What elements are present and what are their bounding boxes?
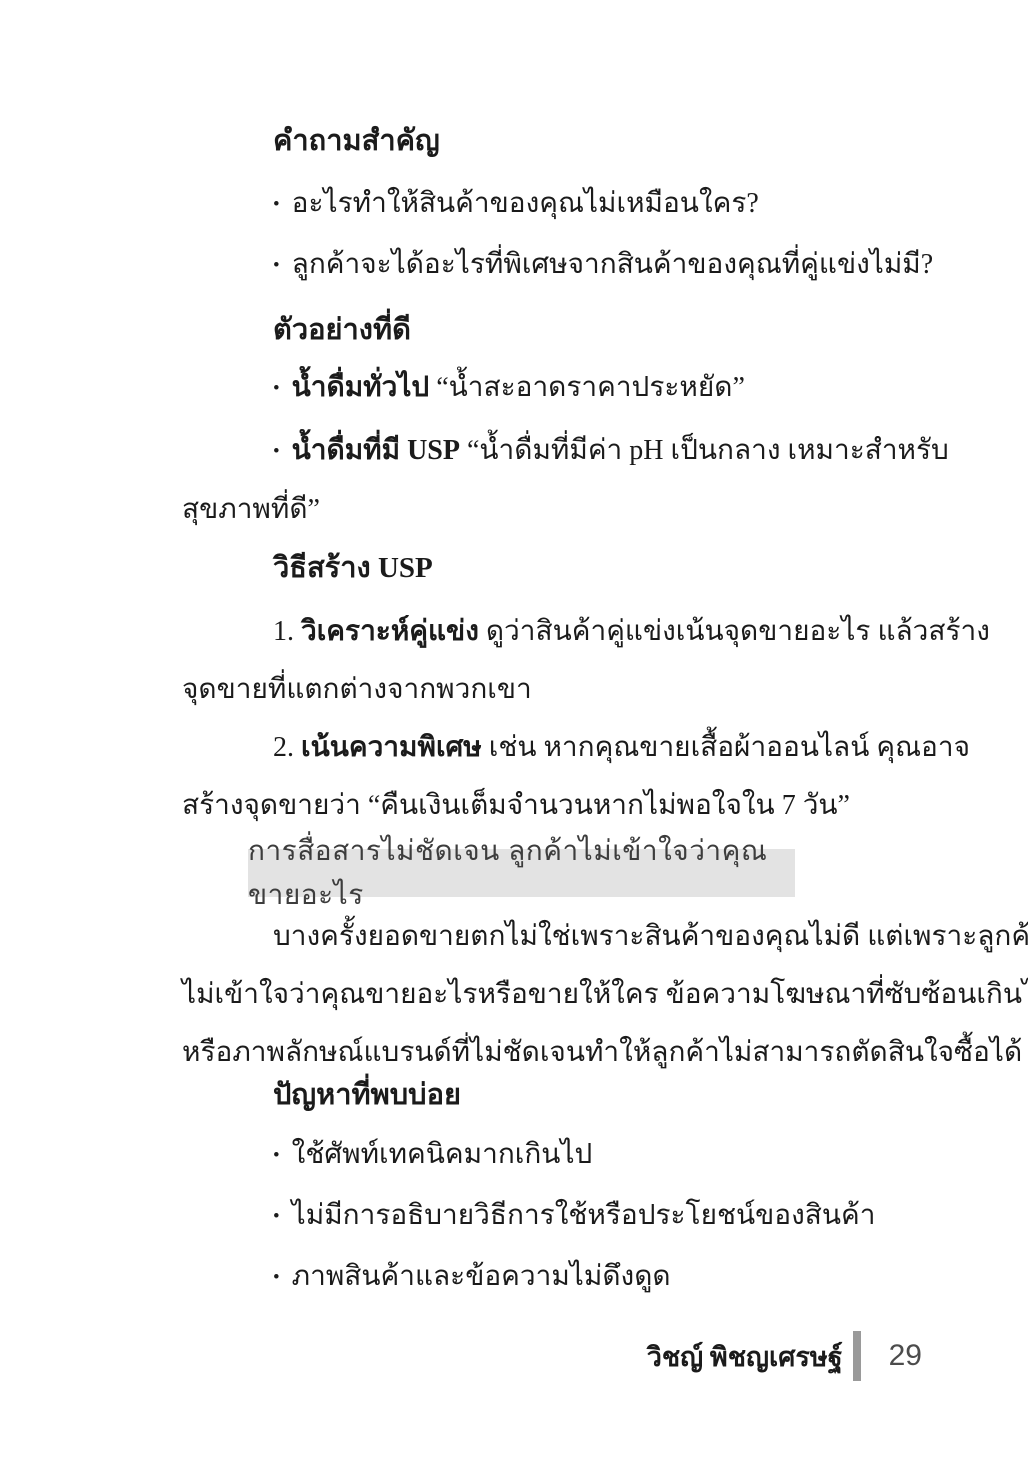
bullet-block: •อะไรทำให้สินค้าของคุณไม่เหมือนใคร? [182, 175, 914, 234]
body-text: ภาพสินค้าและข้อความไม่ดึงดูด [292, 1261, 671, 1292]
text-line: 2. เน้นความพิเศษ เช่น หากคุณขายเสื้อผ้าอ… [182, 719, 914, 777]
bold-text: คำถามสำคัญ [273, 125, 440, 157]
body-text: 2. [273, 732, 301, 763]
bullet-icon: • [273, 1127, 280, 1185]
text-line: •น้ำดื่มที่มี USP “น้ำดื่มที่มีค่า pH เป… [182, 422, 914, 481]
body-text: สร้างจุดขายว่า “คืนเงินเต็มจำนวนหากไม่พอ… [182, 790, 850, 821]
numbered-block: 1. วิเคราะห์คู่แข่ง ดูว่าสินค้าคู่แข่งเน… [182, 603, 914, 719]
bold-text: วิธีสร้าง USP [273, 552, 433, 584]
paragraph-block: บางครั้งยอดขายตกไม่ใช่เพราะสินค้าของคุณไ… [182, 908, 914, 1082]
body-text: สุขภาพที่ดี” [182, 494, 320, 525]
text-line: •น้ำดื่มทั่วไป “น้ำสะอาดราคาประหยัด” [182, 359, 914, 418]
bullet-block: •ภาพสินค้าและข้อความไม่ดึงดูด [182, 1248, 914, 1307]
section-banner: การสื่อสารไม่ชัดเจน ลูกค้าไม่เข้าใจว่าคุ… [248, 849, 795, 897]
bullet-block: •ใช้ศัพท์เทคนิคมากเกินไป [182, 1126, 914, 1185]
body-text: บางครั้งยอดขายตกไม่ใช่เพราะสินค้าของคุณไ… [273, 921, 1028, 952]
text-line: •อะไรทำให้สินค้าของคุณไม่เหมือนใคร? [182, 175, 914, 234]
text-line: จุดขายที่แตกต่างจากพวกเขา [182, 661, 914, 719]
bold-text: น้ำดื่มที่มี USP [292, 435, 460, 466]
bullet-icon: • [273, 176, 280, 234]
body-text: ใช้ศัพท์เทคนิคมากเกินไป [292, 1139, 593, 1170]
bullet-block: •ลูกค้าจะได้อะไรที่พิเศษจากสินค้าของคุณท… [182, 236, 914, 295]
page-footer: วิชญ์ พิชญเศรษฐ์ 29 [0, 1328, 1028, 1384]
book-page: คำถามสำคัญ•อะไรทำให้สินค้าของคุณไม่เหมือ… [0, 0, 1028, 1476]
body-text: หรือภาพลักษณ์แบรนด์ที่ไม่ชัดเจนทำให้ลูกค… [182, 1037, 1022, 1068]
bold-text: เน้นความพิเศษ [301, 732, 482, 763]
body-text: ไม่มีการอธิบายวิธีการใช้หรือประโยชน์ของส… [292, 1200, 876, 1231]
body-text: “น้ำดื่มที่มีค่า pH เป็นกลาง เหมาะสำหรับ [460, 435, 949, 466]
bold-text: น้ำดื่มทั่วไป [292, 372, 430, 403]
document-content: คำถามสำคัญ•อะไรทำให้สินค้าของคุณไม่เหมือ… [182, 112, 914, 1307]
body-text: เช่น หากคุณขายเสื้อผ้าออนไลน์ คุณอาจ [482, 732, 970, 763]
body-text: ไม่เข้าใจว่าคุณขายอะไรหรือขายให้ใคร ข้อค… [182, 979, 1028, 1010]
page-number: 29 [889, 1339, 922, 1373]
text-line: •ใช้ศัพท์เทคนิคมากเกินไป [182, 1126, 914, 1185]
text-line: 1. วิเคราะห์คู่แข่ง ดูว่าสินค้าคู่แข่งเน… [182, 603, 914, 661]
text-line: •ลูกค้าจะได้อะไรที่พิเศษจากสินค้าของคุณท… [182, 236, 914, 295]
footer-author: วิชญ์ พิชญเศรษฐ์ [647, 1335, 843, 1378]
body-text: 1. [273, 616, 301, 647]
numbered-block: 2. เน้นความพิเศษ เช่น หากคุณขายเสื้อผ้าอ… [182, 719, 914, 835]
text-line: •ไม่มีการอธิบายวิธีการใช้หรือประโยชน์ของ… [182, 1187, 914, 1246]
body-text: “น้ำสะอาดราคาประหยัด” [429, 372, 745, 403]
text-line: •ภาพสินค้าและข้อความไม่ดึงดูด [182, 1248, 914, 1307]
heading-block: ตัวอย่างที่ดี [182, 301, 914, 359]
text-line: คำถามสำคัญ [182, 112, 914, 170]
heading-block: คำถามสำคัญ [182, 112, 914, 170]
bold-text: วิเคราะห์คู่แข่ง [301, 616, 479, 647]
bullet-icon: • [273, 423, 280, 481]
bullet-icon: • [273, 1188, 280, 1246]
bullet-block: •น้ำดื่มที่มี USP “น้ำดื่มที่มีค่า pH เป… [182, 422, 914, 539]
bullet-icon: • [273, 360, 280, 418]
bullet-icon: • [273, 1249, 280, 1307]
text-line: วิธีสร้าง USP [182, 539, 914, 597]
body-text: ดูว่าสินค้าคู่แข่งเน้นจุดขายอะไร แล้วสร้… [479, 616, 990, 647]
text-line: ไม่เข้าใจว่าคุณขายอะไรหรือขายให้ใคร ข้อค… [182, 966, 914, 1024]
text-line: บางครั้งยอดขายตกไม่ใช่เพราะสินค้าของคุณไ… [182, 908, 914, 966]
heading-block: วิธีสร้าง USP [182, 539, 914, 597]
bullet-block: •ไม่มีการอธิบายวิธีการใช้หรือประโยชน์ของ… [182, 1187, 914, 1246]
text-line: สุขภาพที่ดี” [182, 481, 914, 539]
bullet-block: •น้ำดื่มทั่วไป “น้ำสะอาดราคาประหยัด” [182, 359, 914, 418]
bullet-icon: • [273, 237, 280, 295]
footer-divider-bar [853, 1331, 861, 1381]
body-text: ลูกค้าจะได้อะไรที่พิเศษจากสินค้าของคุณที… [292, 249, 934, 280]
text-line: สร้างจุดขายว่า “คืนเงินเต็มจำนวนหากไม่พอ… [182, 777, 914, 835]
bold-text: ตัวอย่างที่ดี [273, 314, 411, 346]
body-text: อะไรทำให้สินค้าของคุณไม่เหมือนใคร? [292, 188, 759, 219]
body-text: จุดขายที่แตกต่างจากพวกเขา [182, 674, 532, 705]
bold-text: ปัญหาที่พบบ่อย [273, 1079, 461, 1111]
text-line: ตัวอย่างที่ดี [182, 301, 914, 359]
